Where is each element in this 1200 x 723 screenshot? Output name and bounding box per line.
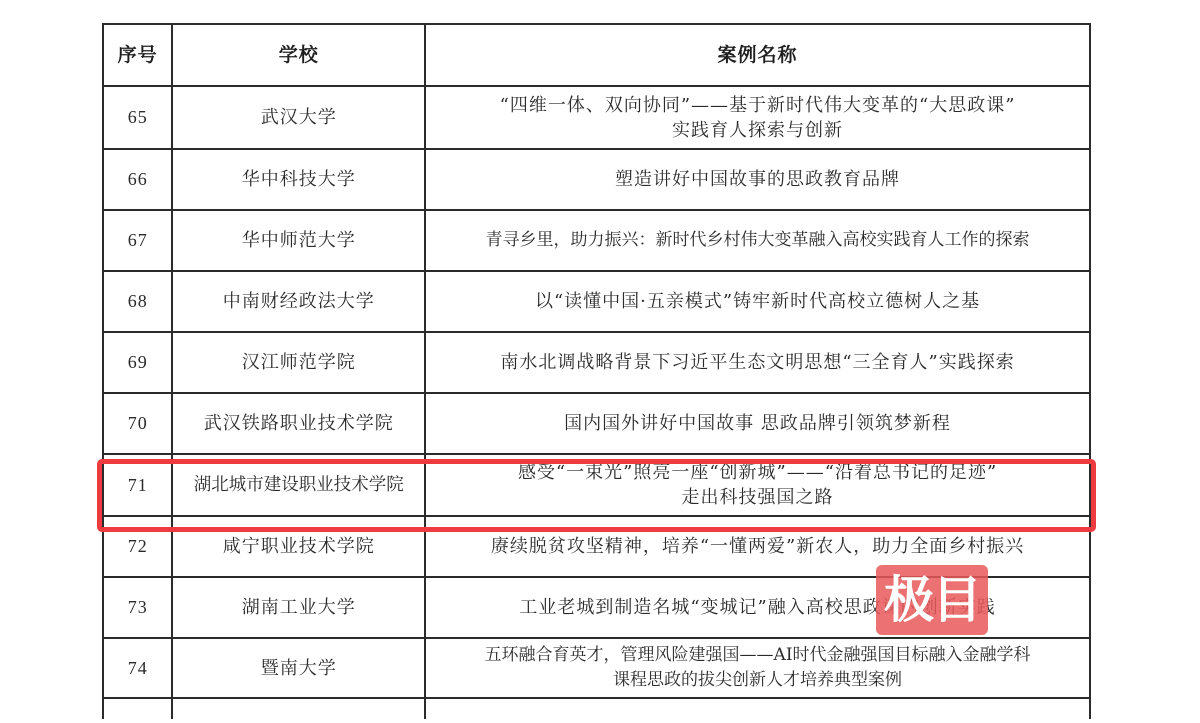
header-serial-number: 序号 <box>103 24 172 86</box>
row-case-name: 五环融合育英才，管理风险建强国——AI时代金融强国目标融入金融学科 课程思政的拔… <box>425 638 1090 698</box>
row-number: 69 <box>103 332 172 393</box>
row-number: 71 <box>103 454 172 516</box>
row-case-name: 感受“一束光”照亮一座“创新城”——“沿着总书记的足迹” 走出科技强国之路 <box>425 454 1090 516</box>
case-name-line-1: 五环融合育英才，管理风险建强国——AI时代金融强国目标融入金融学科 <box>428 643 1087 668</box>
table-row-partial <box>103 698 1090 719</box>
row-case-name: 国内国外讲好中国故事 思政品牌引领筑梦新程 <box>425 393 1090 454</box>
header-case-name: 案例名称 <box>425 24 1090 86</box>
row-case-name: “四维一体、双向协同”——基于新时代伟大变革的“大思政课” 实践育人探索与创新 <box>425 86 1090 149</box>
table-row: 65 武汉大学 “四维一体、双向协同”——基于新时代伟大变革的“大思政课” 实践… <box>103 86 1090 149</box>
table-row: 69 汉江师范学院 南水北调战略背景下习近平生态文明思想“三全育人”实践探索 <box>103 332 1090 393</box>
table-row: 66 华中科技大学 塑造讲好中国故事的思政教育品牌 <box>103 149 1090 210</box>
row-school: 暨南大学 <box>172 638 425 698</box>
row-school: 汉江师范学院 <box>172 332 425 393</box>
watermark-logo: 极目 <box>876 565 988 635</box>
row-case-name: 以“读懂中国·五亲模式”铸牢新时代高校立德树人之基 <box>425 271 1090 332</box>
table-header-row: 序号 学校 案例名称 <box>103 24 1090 86</box>
header-school: 学校 <box>172 24 425 86</box>
partial-cell <box>172 698 425 719</box>
row-school: 华中科技大学 <box>172 149 425 210</box>
table-row: 70 武汉铁路职业技术学院 国内国外讲好中国故事 思政品牌引领筑梦新程 <box>103 393 1090 454</box>
row-case-name: 南水北调战略背景下习近平生态文明思想“三全育人”实践探索 <box>425 332 1090 393</box>
row-school: 武汉铁路职业技术学院 <box>172 393 425 454</box>
row-number: 72 <box>103 516 172 577</box>
row-number: 70 <box>103 393 172 454</box>
row-number: 65 <box>103 86 172 149</box>
row-school: 中南财经政法大学 <box>172 271 425 332</box>
row-school: 湖北城市建设职业技术学院 <box>172 454 425 516</box>
partial-cell <box>103 698 172 719</box>
case-name-line-1: “四维一体、双向协同”——基于新时代伟大变革的“大思政课” <box>428 93 1087 118</box>
row-number: 68 <box>103 271 172 332</box>
case-name-line-2: 课程思政的拔尖创新人才培养典型案例 <box>428 668 1087 693</box>
case-name-line-1: 感受“一束光”照亮一座“创新城”——“沿着总书记的足迹” <box>428 460 1087 485</box>
row-case-name: 塑造讲好中国故事的思政教育品牌 <box>425 149 1090 210</box>
row-school: 武汉大学 <box>172 86 425 149</box>
case-name-line-2: 走出科技强国之路 <box>428 485 1087 510</box>
row-school: 咸宁职业技术学院 <box>172 516 425 577</box>
row-case-name: 青寻乡里，助力振兴：新时代乡村伟大变革融入高校实践育人工作的探索 <box>425 210 1090 271</box>
table-row: 74 暨南大学 五环融合育英才，管理风险建强国——AI时代金融强国目标融入金融学… <box>103 638 1090 698</box>
row-number: 67 <box>103 210 172 271</box>
row-case-name: 赓续脱贫攻坚精神，培养“一懂两爱”新农人，助力全面乡村振兴 <box>425 516 1090 577</box>
row-number: 73 <box>103 577 172 638</box>
table-row-highlighted: 71 湖北城市建设职业技术学院 感受“一束光”照亮一座“创新城”——“沿着总书记… <box>103 454 1090 516</box>
row-case-name: 工业老城到制造名城“变城记”融入高校思政课的创新实践 <box>425 577 1090 638</box>
row-number: 66 <box>103 149 172 210</box>
table-row: 67 华中师范大学 青寻乡里，助力振兴：新时代乡村伟大变革融入高校实践育人工作的… <box>103 210 1090 271</box>
case-name-line-2: 实践育人探索与创新 <box>428 118 1087 143</box>
table-row: 68 中南财经政法大学 以“读懂中国·五亲模式”铸牢新时代高校立德树人之基 <box>103 271 1090 332</box>
partial-cell <box>425 698 1090 719</box>
row-school: 湖南工业大学 <box>172 577 425 638</box>
row-number: 74 <box>103 638 172 698</box>
row-school: 华中师范大学 <box>172 210 425 271</box>
